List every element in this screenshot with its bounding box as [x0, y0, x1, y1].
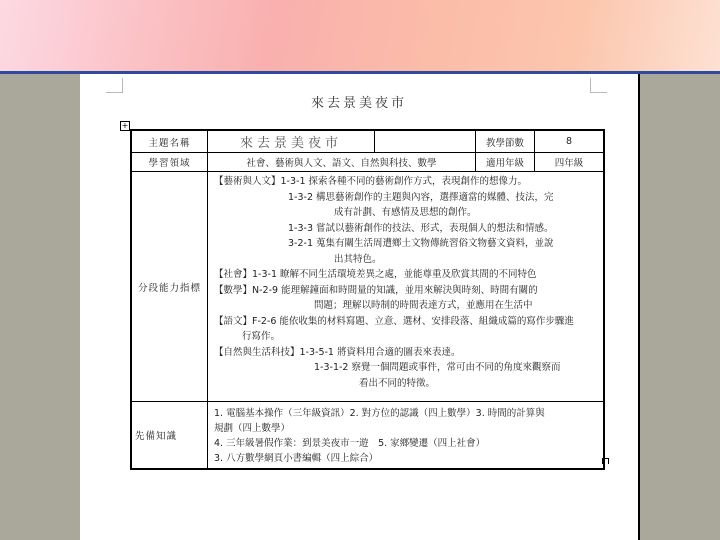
indicator-line: 3-2-1 蒐集有關生活周遭鄉土文物傳統習俗文物藝文資料，並說 — [214, 236, 601, 252]
domain-value[interactable]: 社會、藝術與人文、語文、自然與科技、數學 — [208, 153, 476, 172]
left-gutter — [0, 74, 80, 540]
indicator-line: 問題；理解以時制的時間表達方式，並應用在生活中 — [214, 298, 601, 314]
table-move-handle-icon[interactable]: + — [120, 121, 130, 131]
prior-knowledge-label: 先備知識 — [131, 402, 208, 470]
indicator-line: 【數學】N-2-9 能理解鐘面和時間量的知識，並用來解決與時刻、時間有關的 — [214, 283, 601, 299]
capability-indicators[interactable]: 【藝術與人文】1-3-1 探索各種不同的藝術創作方式，表現創作的想像力。 1-3… — [208, 172, 605, 402]
document-title: 來去景美夜市 — [80, 92, 638, 111]
indicator-line: 1-3-3 嘗試以藝術創作的技法、形式，表現個人的想法和情感。 — [214, 221, 601, 237]
indicator-line: 【社會】1-3-1 瞭解不同生活環境差異之處，並能尊重及欣賞其間的不同特色 — [214, 267, 601, 283]
prior-line: 規劃（四上數學） — [214, 421, 600, 436]
end-of-row-mark — [602, 458, 609, 464]
indicator-line: 1-3-1-2 察覺一個問題或事件，常可由不同的角度來觀察而 — [214, 360, 601, 376]
indicator-line: 成有計劃、有感情及思想的創作。 — [214, 205, 601, 221]
table-row: 先備知識 1. 電腦基本操作（三年級資訊）2. 對方位的認識（四上數學）3. 時… — [131, 402, 604, 470]
indicator-line: 【語文】F-2-6 能依收集的材料寫題、立意、選材、安排段落、組織成篇的寫作步驟… — [214, 314, 601, 330]
theme-value[interactable]: 來去景美夜市 — [208, 130, 375, 153]
document-page: 來去景美夜市 + 主題名稱 來去景美夜市 教學節數 8 學習領域 社會、藝術與人… — [80, 74, 640, 540]
crop-mark-top-left — [106, 78, 123, 93]
domain-label: 學習領域 — [131, 153, 208, 172]
prior-line: 1. 電腦基本操作（三年級資訊）2. 對方位的認識（四上數學）3. 時間的計算與 — [214, 406, 600, 421]
table-row: 學習領域 社會、藝術與人文、語文、自然與科技、數學 適用年級 四年級 — [131, 153, 604, 172]
indicator-line: 看出不同的特徵。 — [214, 376, 601, 392]
indicator-line: 出其特色。 — [214, 252, 601, 268]
prior-line: 4. 三年級暑假作業：到景美夜市一遊 5. 家鄉變遷（四上社會） — [214, 436, 600, 451]
indicator-line: 【藝術與人文】1-3-1 探索各種不同的藝術創作方式，表現創作的想像力。 — [214, 174, 601, 190]
hours-label: 教學節數 — [476, 130, 535, 153]
indicator-line: 行寫作。 — [214, 329, 601, 345]
crop-mark-top-right — [590, 78, 607, 93]
grade-value[interactable]: 四年級 — [535, 153, 605, 172]
blank-cell[interactable] — [375, 130, 476, 153]
theme-label: 主題名稱 — [131, 130, 208, 153]
grade-label: 適用年級 — [476, 153, 535, 172]
prior-line: 3. 八方數學網頁小書編輯（四上綜合） — [214, 451, 600, 466]
title-banner — [0, 0, 720, 71]
capability-label: 分段能力指標 — [131, 172, 208, 402]
indicator-line: 【自然與生活科技】1-3-5-1 將資料用合適的圖表來表達。 — [214, 345, 601, 361]
right-gutter — [640, 74, 720, 540]
lesson-plan-table: 主題名稱 來去景美夜市 教學節數 8 學習領域 社會、藝術與人文、語文、自然與科… — [130, 129, 605, 470]
table-row: 主題名稱 來去景美夜市 教學節數 8 — [131, 130, 604, 153]
indicator-line: 1-3-2 構思藝術創作的主題與內容，選擇適當的媒體、技法，完 — [214, 190, 601, 206]
table-row: 分段能力指標 【藝術與人文】1-3-1 探索各種不同的藝術創作方式，表現創作的想… — [131, 172, 604, 402]
hours-value[interactable]: 8 — [535, 130, 605, 153]
prior-knowledge[interactable]: 1. 電腦基本操作（三年級資訊）2. 對方位的認識（四上數學）3. 時間的計算與… — [208, 402, 605, 470]
